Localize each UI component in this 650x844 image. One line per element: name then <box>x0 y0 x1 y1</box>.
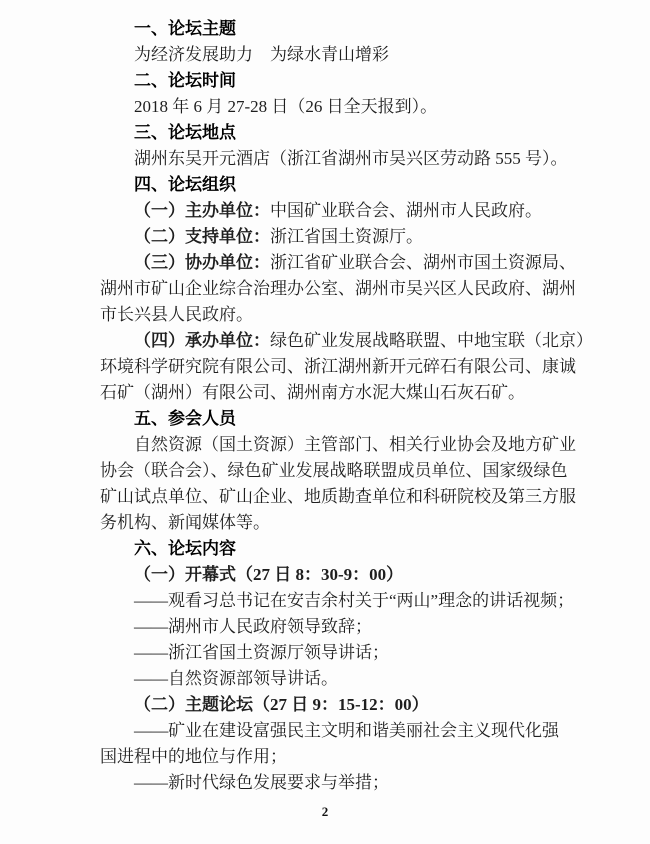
undertaker-label: （四）承办单位： <box>134 331 270 350</box>
forum-location-text: 湖州东吴开元酒店（浙江省湖州市吴兴区劳动路 555 号）。 <box>100 146 590 172</box>
undertaker-cont-line: 石矿（湖州）有限公司、湖州南方水泥大煤山石灰石矿。 <box>100 380 590 406</box>
participants-cont-line: 协会（联合会）、绿色矿业发展战略联盟成员单位、国家级绿色 <box>100 458 590 484</box>
section-heading-forum-location: 三、论坛地点 <box>100 120 590 146</box>
participants-line: 自然资源（国土资源）主管部门、相关行业协会及地方矿业 <box>100 432 590 458</box>
organizer-label: （一）主办单位： <box>134 201 270 220</box>
organizer-text: 中国矿业联合会、湖州市人民政府。 <box>270 201 542 220</box>
forum-theme-text: 为经济发展助力 为绿水青山增彩 <box>100 42 590 68</box>
supporter-line: （二）支持单位：浙江省国土资源厅。 <box>100 224 590 250</box>
supporter-text: 浙江省国土资源厅。 <box>270 227 423 246</box>
forum-time-text: 2018 年 6 月 27-28 日（26 日全天报到）。 <box>100 94 590 120</box>
participants-cont-line: 务机构、新闻媒体等。 <box>100 510 590 536</box>
agenda-item-mining-role-cont: 国进程中的地位与作用； <box>100 744 590 770</box>
agenda-item-video: ——观看习总书记在安吉余村关于“两山”理念的讲话视频； <box>100 588 590 614</box>
agenda-item-zhejiang-speech: ——浙江省国土资源厅领导讲话； <box>100 640 590 666</box>
section-heading-forum-theme: 一、论坛主题 <box>100 16 590 42</box>
co-organizer-cont-line: 市长兴县人民政府。 <box>100 302 590 328</box>
undertaker-line: （四）承办单位：绿色矿业发展战略联盟、中地宝联（北京） <box>100 328 590 354</box>
section-heading-participants: 五、参会人员 <box>100 406 590 432</box>
section-heading-forum-content: 六、论坛内容 <box>100 536 590 562</box>
sub-heading-opening-ceremony: （一）开幕式（27 日 8：30-9：00） <box>100 562 590 588</box>
section-heading-forum-time: 二、论坛时间 <box>100 68 590 94</box>
sub-heading-theme-forum: （二）主题论坛（27 日 9：15-12：00） <box>100 692 590 718</box>
document-page: 一、论坛主题 为经济发展助力 为绿水青山增彩 二、论坛时间 2018 年 6 月… <box>0 0 650 844</box>
section-heading-forum-organization: 四、论坛组织 <box>100 172 590 198</box>
co-organizer-text: 浙江省矿业联合会、湖州市国土资源局、 <box>270 253 576 272</box>
page-number: 2 <box>0 804 650 820</box>
supporter-label: （二）支持单位： <box>134 227 270 246</box>
co-organizer-label: （三）协办单位： <box>134 253 270 272</box>
co-organizer-line: （三）协办单位：浙江省矿业联合会、湖州市国土资源局、 <box>100 250 590 276</box>
agenda-item-ministry-speech: ——自然资源部领导讲话。 <box>100 666 590 692</box>
participants-cont-line: 矿山试点单位、矿山企业、地质勘查单位和科研院校及第三方服 <box>100 484 590 510</box>
organizer-line: （一）主办单位：中国矿业联合会、湖州市人民政府。 <box>100 198 590 224</box>
agenda-item-huzhou-speech: ——湖州市人民政府领导致辞； <box>100 614 590 640</box>
agenda-item-mining-role: ——矿业在建设富强民主文明和谐美丽社会主义现代化强 <box>100 718 590 744</box>
agenda-item-green-development: ——新时代绿色发展要求与举措； <box>100 770 590 796</box>
undertaker-text: 绿色矿业发展战略联盟、中地宝联（北京） <box>270 331 593 350</box>
co-organizer-cont-line: 湖州市矿山企业综合治理办公室、湖州市吴兴区人民政府、湖州 <box>100 276 590 302</box>
undertaker-cont-line: 环境科学研究院有限公司、浙江湖州新开元碎石有限公司、康诚 <box>100 354 590 380</box>
